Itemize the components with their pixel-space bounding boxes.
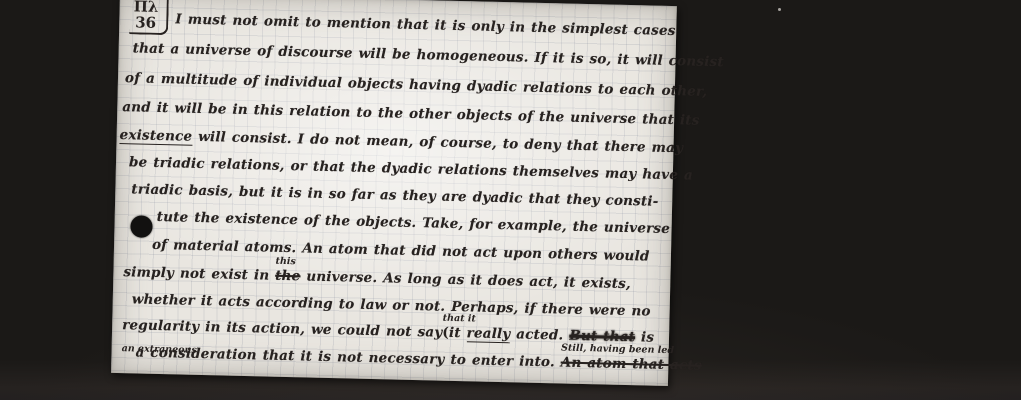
line-text: and it will be in this relation to the o…	[122, 99, 700, 129]
handwritten-line: tute the existence of the objects. Take,…	[157, 209, 671, 237]
handwritten-line: an extraneousa consideration that it is …	[135, 344, 701, 373]
handwritten-line: of a multitude of individual objects hav…	[125, 70, 708, 100]
caret-mark: (	[442, 325, 449, 341]
line-text: acted.	[510, 326, 569, 343]
struck-words: An atom that acts	[561, 354, 702, 373]
handwritten-line: regularity in its action, we could not s…	[122, 317, 654, 346]
line-text: be triadic relations, or that the dyadic…	[129, 154, 693, 183]
line-text: tute the existence of the objects. Take,…	[157, 209, 671, 237]
line-text: it	[449, 325, 467, 341]
handwritten-line: be triadic relations, or that the dyadic…	[129, 154, 693, 183]
line-text: will consist. I do not mean, of course, …	[192, 129, 683, 157]
line-text: triadic basis, but it is in so far as th…	[131, 181, 658, 209]
correction: thethis	[275, 268, 301, 285]
handwritten-line: triadic basis, but it is in so far as th…	[131, 181, 658, 209]
dust-speck	[778, 8, 781, 11]
underlined-word: existence	[119, 127, 192, 146]
line-text: universe. As long as it does act, it exi…	[300, 268, 631, 292]
handwritten-line: simply not exist in thethis universe. As…	[123, 264, 631, 292]
interlinear-insertion: an extraneous	[121, 344, 196, 356]
line-text: a consideration that it is not necessary…	[135, 344, 561, 370]
interlinear-insertion: that it	[443, 314, 476, 325]
scanned-manuscript-screenshot: Πλ 36 I must not omit to mention that it…	[0, 0, 1021, 400]
handwritten-line: of material atoms. An atom that did not …	[152, 237, 650, 265]
line-text: of a multitude of individual objects hav…	[125, 70, 708, 100]
line-text: I must not omit to mention that it is on…	[175, 11, 675, 39]
manuscript-page: Πλ 36 I must not omit to mention that it…	[111, 0, 677, 386]
underlined-word: really	[466, 325, 510, 343]
correction: An atom that actsStill, having been led	[561, 354, 702, 373]
handwritten-line: and it will be in this relation to the o…	[122, 99, 700, 129]
handwritten-line: that a universe of discourse will be hom…	[133, 40, 724, 70]
struck-word: the	[275, 268, 301, 285]
archive-label: Πλ 36	[129, 0, 169, 35]
line-text: that a universe of discourse will be hom…	[133, 40, 724, 70]
line-text: simply not exist in	[123, 264, 275, 284]
line-text: whether it acts according to law or not.…	[132, 291, 651, 319]
line-text: is	[635, 329, 654, 345]
handwritten-line: existence will consist. I do not mean, o…	[119, 127, 683, 156]
line-text: of material atoms. An atom that did not …	[152, 237, 650, 265]
hole-punch	[130, 215, 153, 238]
correction: (that it	[442, 325, 449, 341]
line-text: regularity in its action, we could not s…	[122, 317, 443, 341]
handwritten-line: whether it acts according to law or not.…	[132, 291, 651, 319]
handwritten-line: I must not omit to mention that it is on…	[175, 11, 675, 39]
interlinear-insertion: this	[275, 257, 295, 267]
archive-label-number: 36	[133, 14, 158, 31]
